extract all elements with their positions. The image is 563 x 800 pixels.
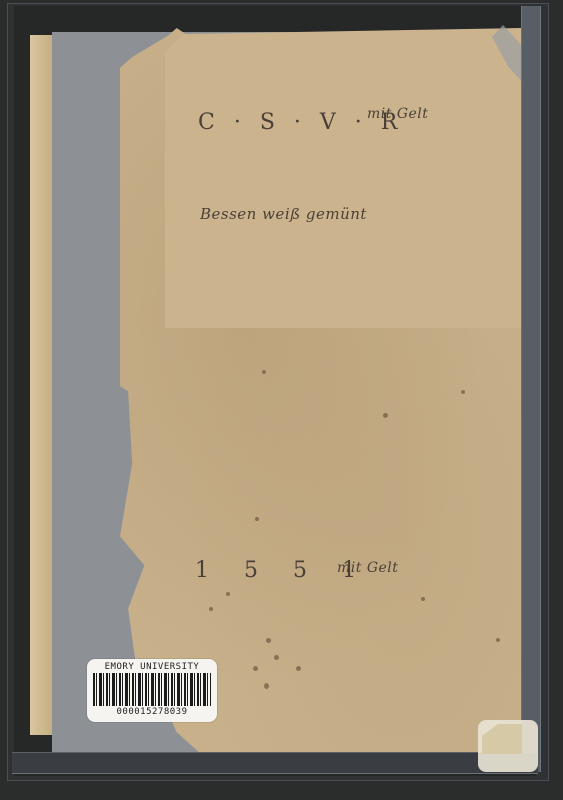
ink-spot [461, 390, 465, 394]
paper-edge-strip [30, 35, 52, 735]
sleeve-right-edge [521, 6, 541, 772]
ink-spot [226, 592, 230, 596]
barcode-label: EMORY UNIVERSITY 000015278039 [87, 659, 217, 722]
document-scan: C · S · V · R mit Gelt Bessen weiß gemün… [0, 0, 563, 800]
ink-spot [209, 607, 213, 611]
ink-spot [253, 666, 258, 671]
handwritten-title-suffix: mit Gelt [367, 106, 428, 122]
ink-spot [274, 655, 279, 660]
ink-spot [266, 638, 271, 643]
manuscript-page-upper [165, 28, 525, 328]
institution-name: EMORY UNIVERSITY [87, 662, 217, 672]
ink-spot [255, 517, 259, 521]
ink-spot [262, 370, 266, 374]
barcode-icon [93, 673, 211, 706]
barcode-number: 000015278039 [87, 707, 217, 717]
ink-spot [264, 683, 269, 689]
ink-spot [421, 597, 425, 601]
handwritten-subtitle: Bessen weiß gemünt [200, 205, 367, 223]
sleeve-bottom-edge [12, 752, 538, 774]
ink-spot [296, 666, 301, 671]
ink-spot [496, 638, 500, 642]
ink-spot [383, 413, 388, 418]
handwritten-year-suffix: mit Gelt [337, 560, 398, 576]
